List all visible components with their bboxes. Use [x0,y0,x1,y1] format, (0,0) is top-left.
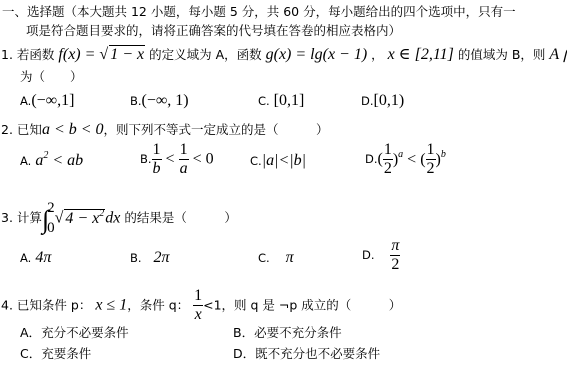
math-g: g(x) = lg(x − 1) [266,46,368,63]
question-1-stem-cont: 为（ ） [20,71,83,84]
question-number: 3. [1,210,13,225]
section-heading-line2: 项是符合题目要求的，请将正确答案的代号填在答卷的相应表格内） [26,25,401,38]
question-number: 2. [1,122,13,137]
math-domain: x ∈ [2,11] [388,46,454,63]
q2-option-b[interactable]: B.1b < 1a < 0 [140,142,214,177]
q4-option-b[interactable]: B．必要不充分条件 [233,327,342,340]
radicand: 1 − x [109,45,145,63]
section-heading-line1: 一、选择题（本大题共 12 小题，每小题 5 分，共 60 分，每小题给出的四个… [2,6,516,19]
q2-option-c[interactable]: C.|a|<|b| [250,153,306,169]
math-intersection: A ⋂ B [549,46,567,63]
question-number: 4. [1,297,13,312]
q3-option-a[interactable]: A. 4π [20,250,51,266]
q3-option-d[interactable]: D. π2 [362,238,400,273]
question-2-stem: 2. 已知a < b < 0，则下列不等式一定成立的是（ ） [1,122,329,138]
question-4-stem: 4. 已知条件 p： x ≤ 1，条件 q： 1x<1，则 q 是 ¬p 成立的… [1,288,401,323]
q3-option-b[interactable]: B. 2π [130,250,169,266]
q4-option-d[interactable]: D．既不充分也不必要条件 [233,348,380,361]
q1-option-a[interactable]: A.(−∞,1] [20,93,74,109]
q2-option-a[interactable]: A. a2 < ab [20,153,83,169]
math-f: f(x) = [58,46,99,63]
q4-option-a[interactable]: A．充分不必要条件 [20,327,129,340]
sqrt-icon: √ [99,46,108,63]
question-1-stem: 1. 若函数 f(x) = √1 − x 的定义域为 A，函数 g(x) = l… [1,45,567,63]
q2-option-d[interactable]: D.(12)a < (12)b [365,142,446,177]
sqrt-icon: √ [55,209,64,226]
question-3-stem: 3. 计算∫20√4 − x2dx 的结果是（ ） [1,198,237,239]
q3-option-c[interactable]: C. π [258,250,294,266]
question-number: 1. [1,47,13,62]
q1-option-b[interactable]: B.(−∞, 1) [130,93,189,109]
q1-option-c[interactable]: C. [0,1] [258,93,304,109]
q1-option-d[interactable]: D.[0,1) [361,93,404,109]
q4-option-c[interactable]: C．充要条件 [20,348,91,361]
